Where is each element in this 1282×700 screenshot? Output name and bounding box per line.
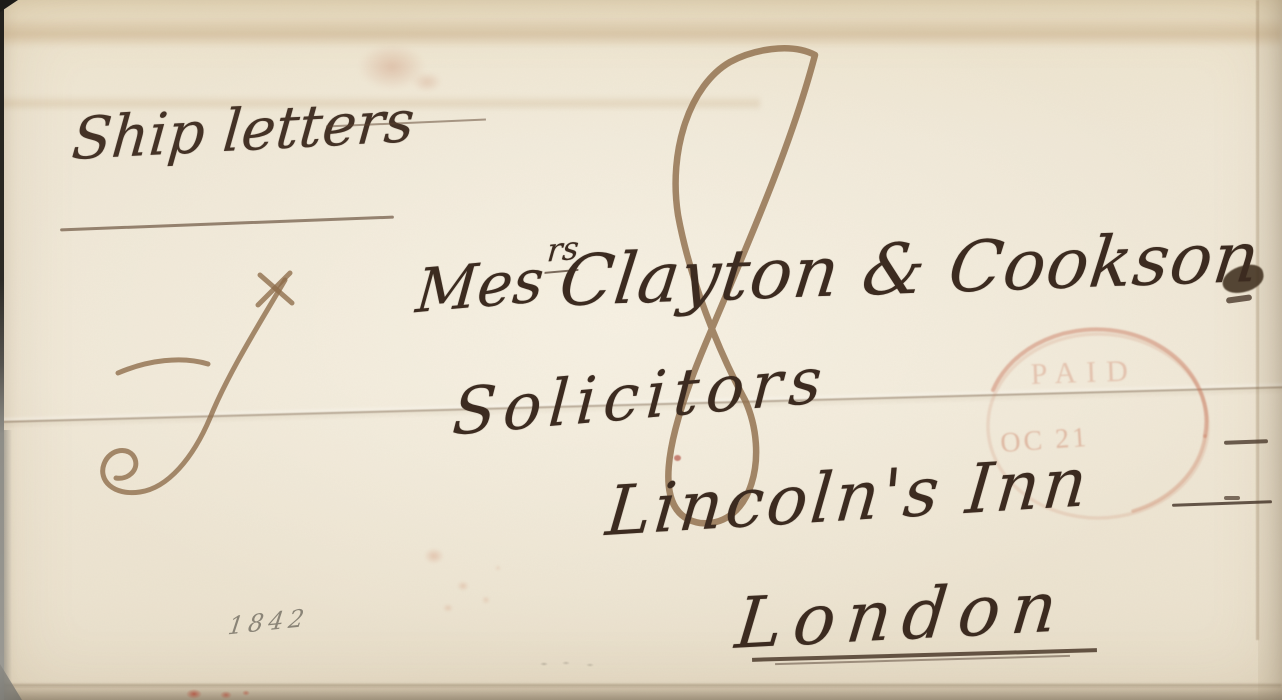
addressee-prefix-base: Mes: [413, 246, 546, 328]
charge-mark-five: [58, 258, 298, 508]
paper-right-flap: [1258, 0, 1282, 700]
fold-vertical-right: [1256, 0, 1259, 640]
red-specks-bottom-edge: [180, 688, 260, 700]
red-speckles-middle: [408, 538, 528, 628]
datestamp-paid-text: PAID: [1030, 354, 1138, 391]
scanned-cover-photo: PAID OC 21 Ship letters Mesrs Clayton & …: [0, 0, 1282, 700]
ink-stroke-right-edge-small: [1224, 496, 1240, 500]
pencil-smudge-bottom: [536, 660, 600, 668]
paper-left-edge-shadow: [4, 430, 12, 700]
